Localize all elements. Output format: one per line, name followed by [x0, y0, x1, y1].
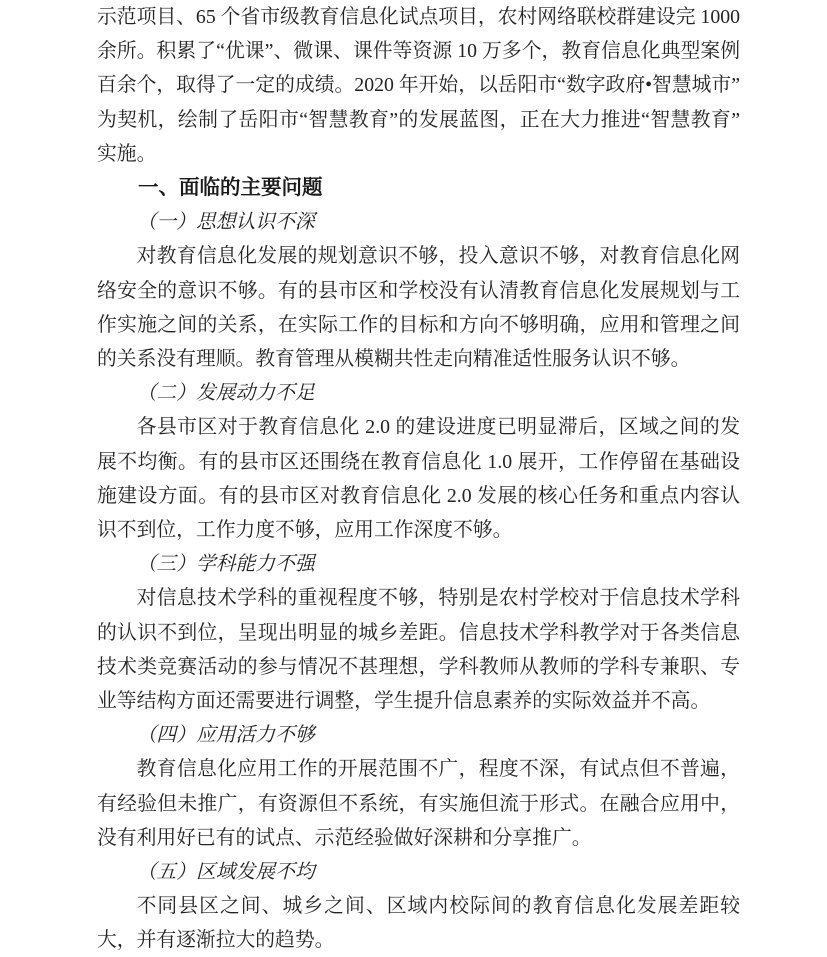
body-paragraph: 各县市区对于教育信息化 2.0 的建设进度已明显滞后，区域之间的发展不均衡。有的…	[97, 410, 740, 547]
body-paragraph: 对教育信息化发展的规划意识不够，投入意识不够，对教育信息化网络安全的意识不够。有…	[97, 239, 740, 376]
subsection-heading: （三）学科能力不强	[97, 547, 740, 581]
subsection-heading: （二）发展动力不足	[97, 376, 740, 410]
body-paragraph-continuation: 示范项目、65 个省市级教育信息化试点项目，农村网络联校群建设完 1000 余所…	[97, 0, 740, 171]
document-content: 示范项目、65 个省市级教育信息化试点项目，农村网络联校群建设完 1000 余所…	[97, 0, 740, 957]
subsection-heading: （五）区域发展不均	[97, 855, 740, 889]
subsection-heading: （一）思想认识不深	[97, 205, 740, 239]
body-paragraph: 不同县区之间、城乡之间、区域内校际间的教育信息化发展差距较大，并有逐渐拉大的趋势…	[97, 889, 740, 957]
section-heading: 一、面临的主要问题	[97, 171, 740, 205]
body-paragraph: 教育信息化应用工作的开展范围不广，程度不深，有试点但不普遍，有经验但未推广，有资…	[97, 752, 740, 855]
body-paragraph: 对信息技术学科的重视程度不够，特别是农村学校对于信息技术学科的认识不到位，呈现出…	[97, 581, 740, 718]
document-page: 示范项目、65 个省市级教育信息化试点项目，农村网络联校群建设完 1000 余所…	[0, 0, 827, 957]
subsection-heading: （四）应用活力不够	[97, 718, 740, 752]
